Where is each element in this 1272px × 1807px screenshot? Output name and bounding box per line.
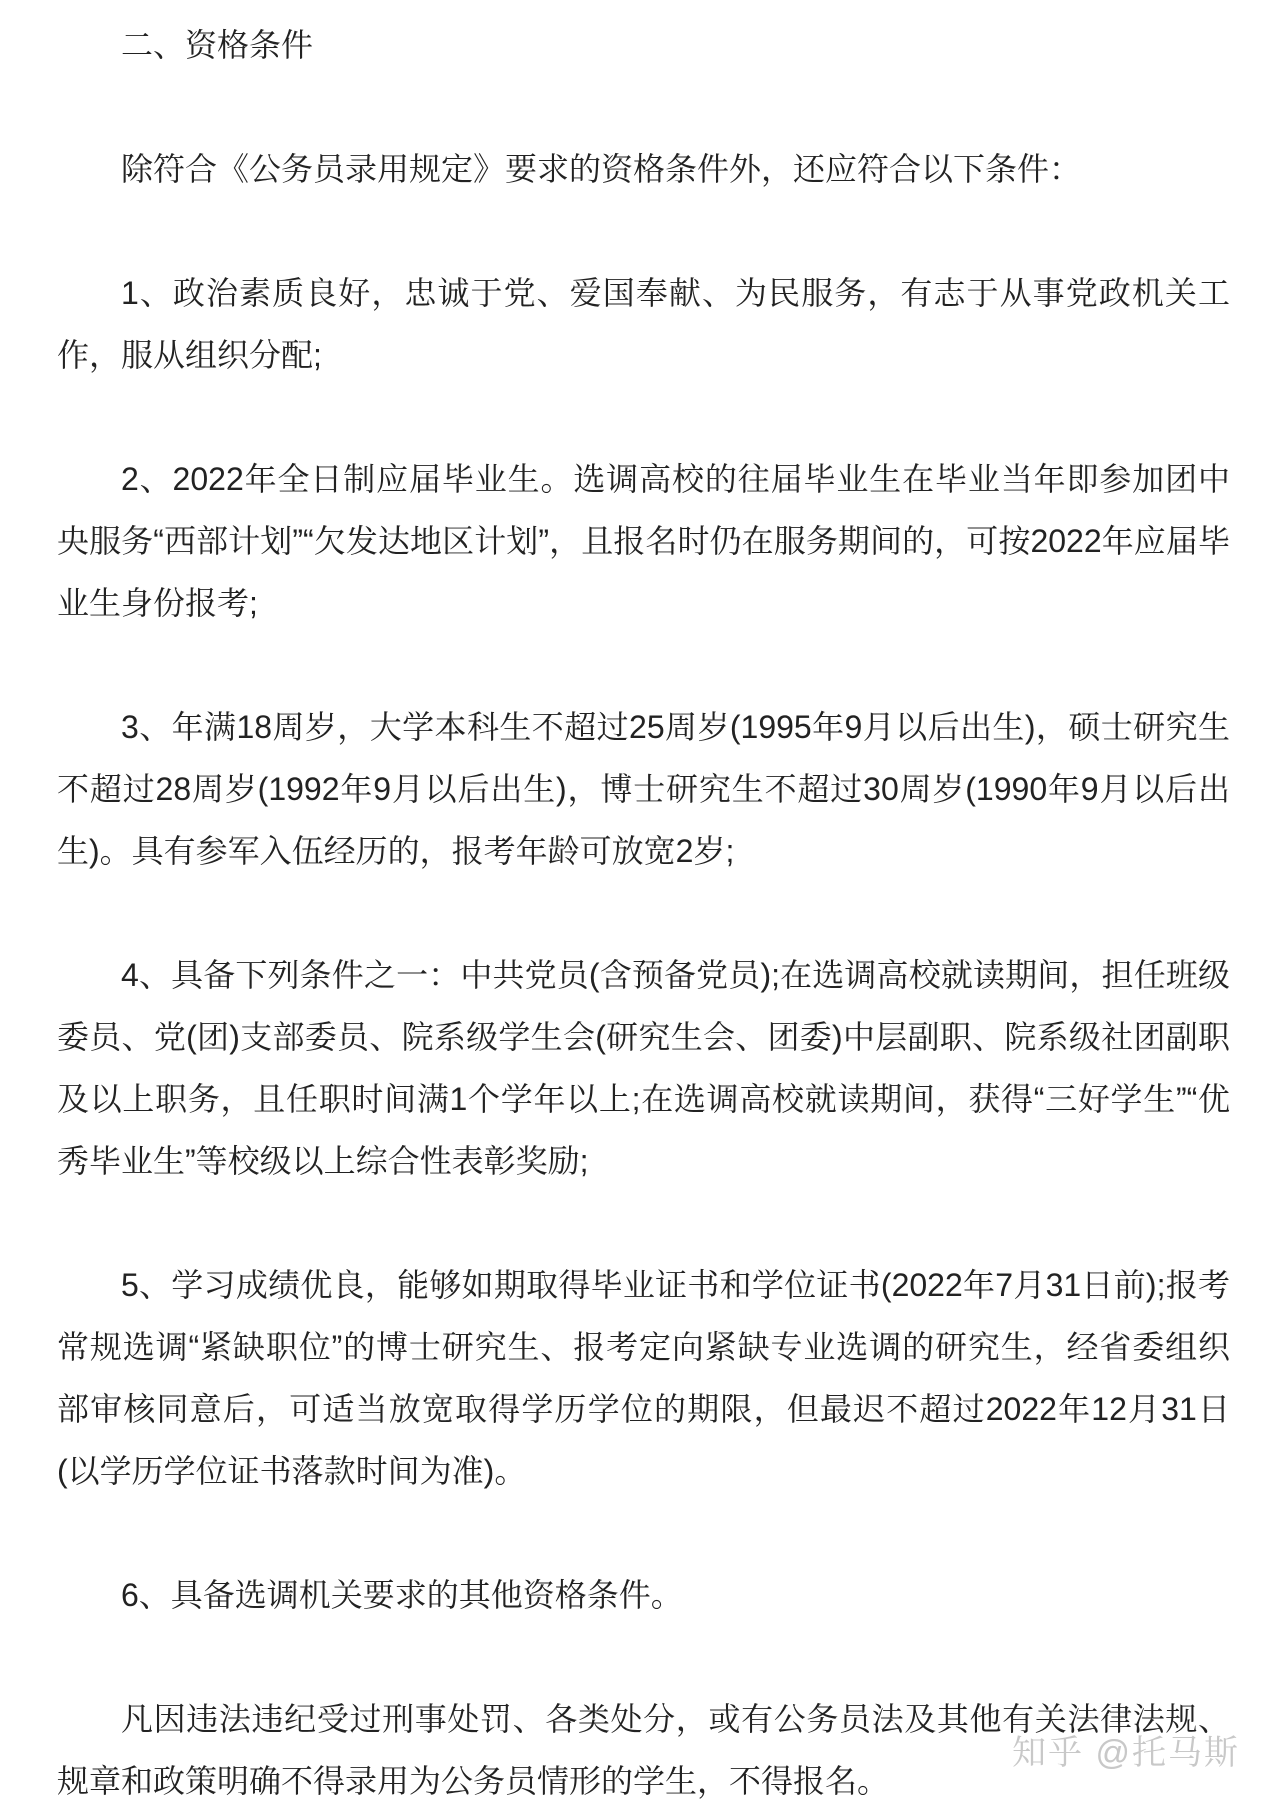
condition-item-2: 2、2022年全日制应届毕业生。选调高校的往届毕业生在毕业当年即参加团中央服务“… [57, 448, 1230, 634]
condition-item-6: 6、具备选调机关要求的其他资格条件。 [57, 1564, 1230, 1626]
condition-item-5: 5、学习成绩优良，能够如期取得毕业证书和学位证书(2022年7月31日前);报考… [57, 1254, 1230, 1502]
section-heading: 二、资格条件 [57, 14, 1230, 76]
closing-paragraph: 凡因违法违纪受过刑事处罚、各类处分，或有公务员法及其他有关法律法规、规章和政策明… [57, 1688, 1230, 1807]
condition-item-4: 4、具备下列条件之一：中共党员(含预备党员);在选调高校就读期间，担任班级委员、… [57, 944, 1230, 1192]
condition-item-1: 1、政治素质良好，忠诚于党、爱国奉献、为民服务，有志于从事党政机关工作，服从组织… [57, 262, 1230, 386]
intro-paragraph: 除符合《公务员录用规定》要求的资格条件外，还应符合以下条件： [57, 138, 1230, 200]
condition-item-3: 3、年满18周岁，大学本科生不超过25周岁(1995年9月以后出生)，硕士研究生… [57, 696, 1230, 882]
document-body: 二、资格条件 除符合《公务员录用规定》要求的资格条件外，还应符合以下条件： 1、… [0, 0, 1272, 1807]
